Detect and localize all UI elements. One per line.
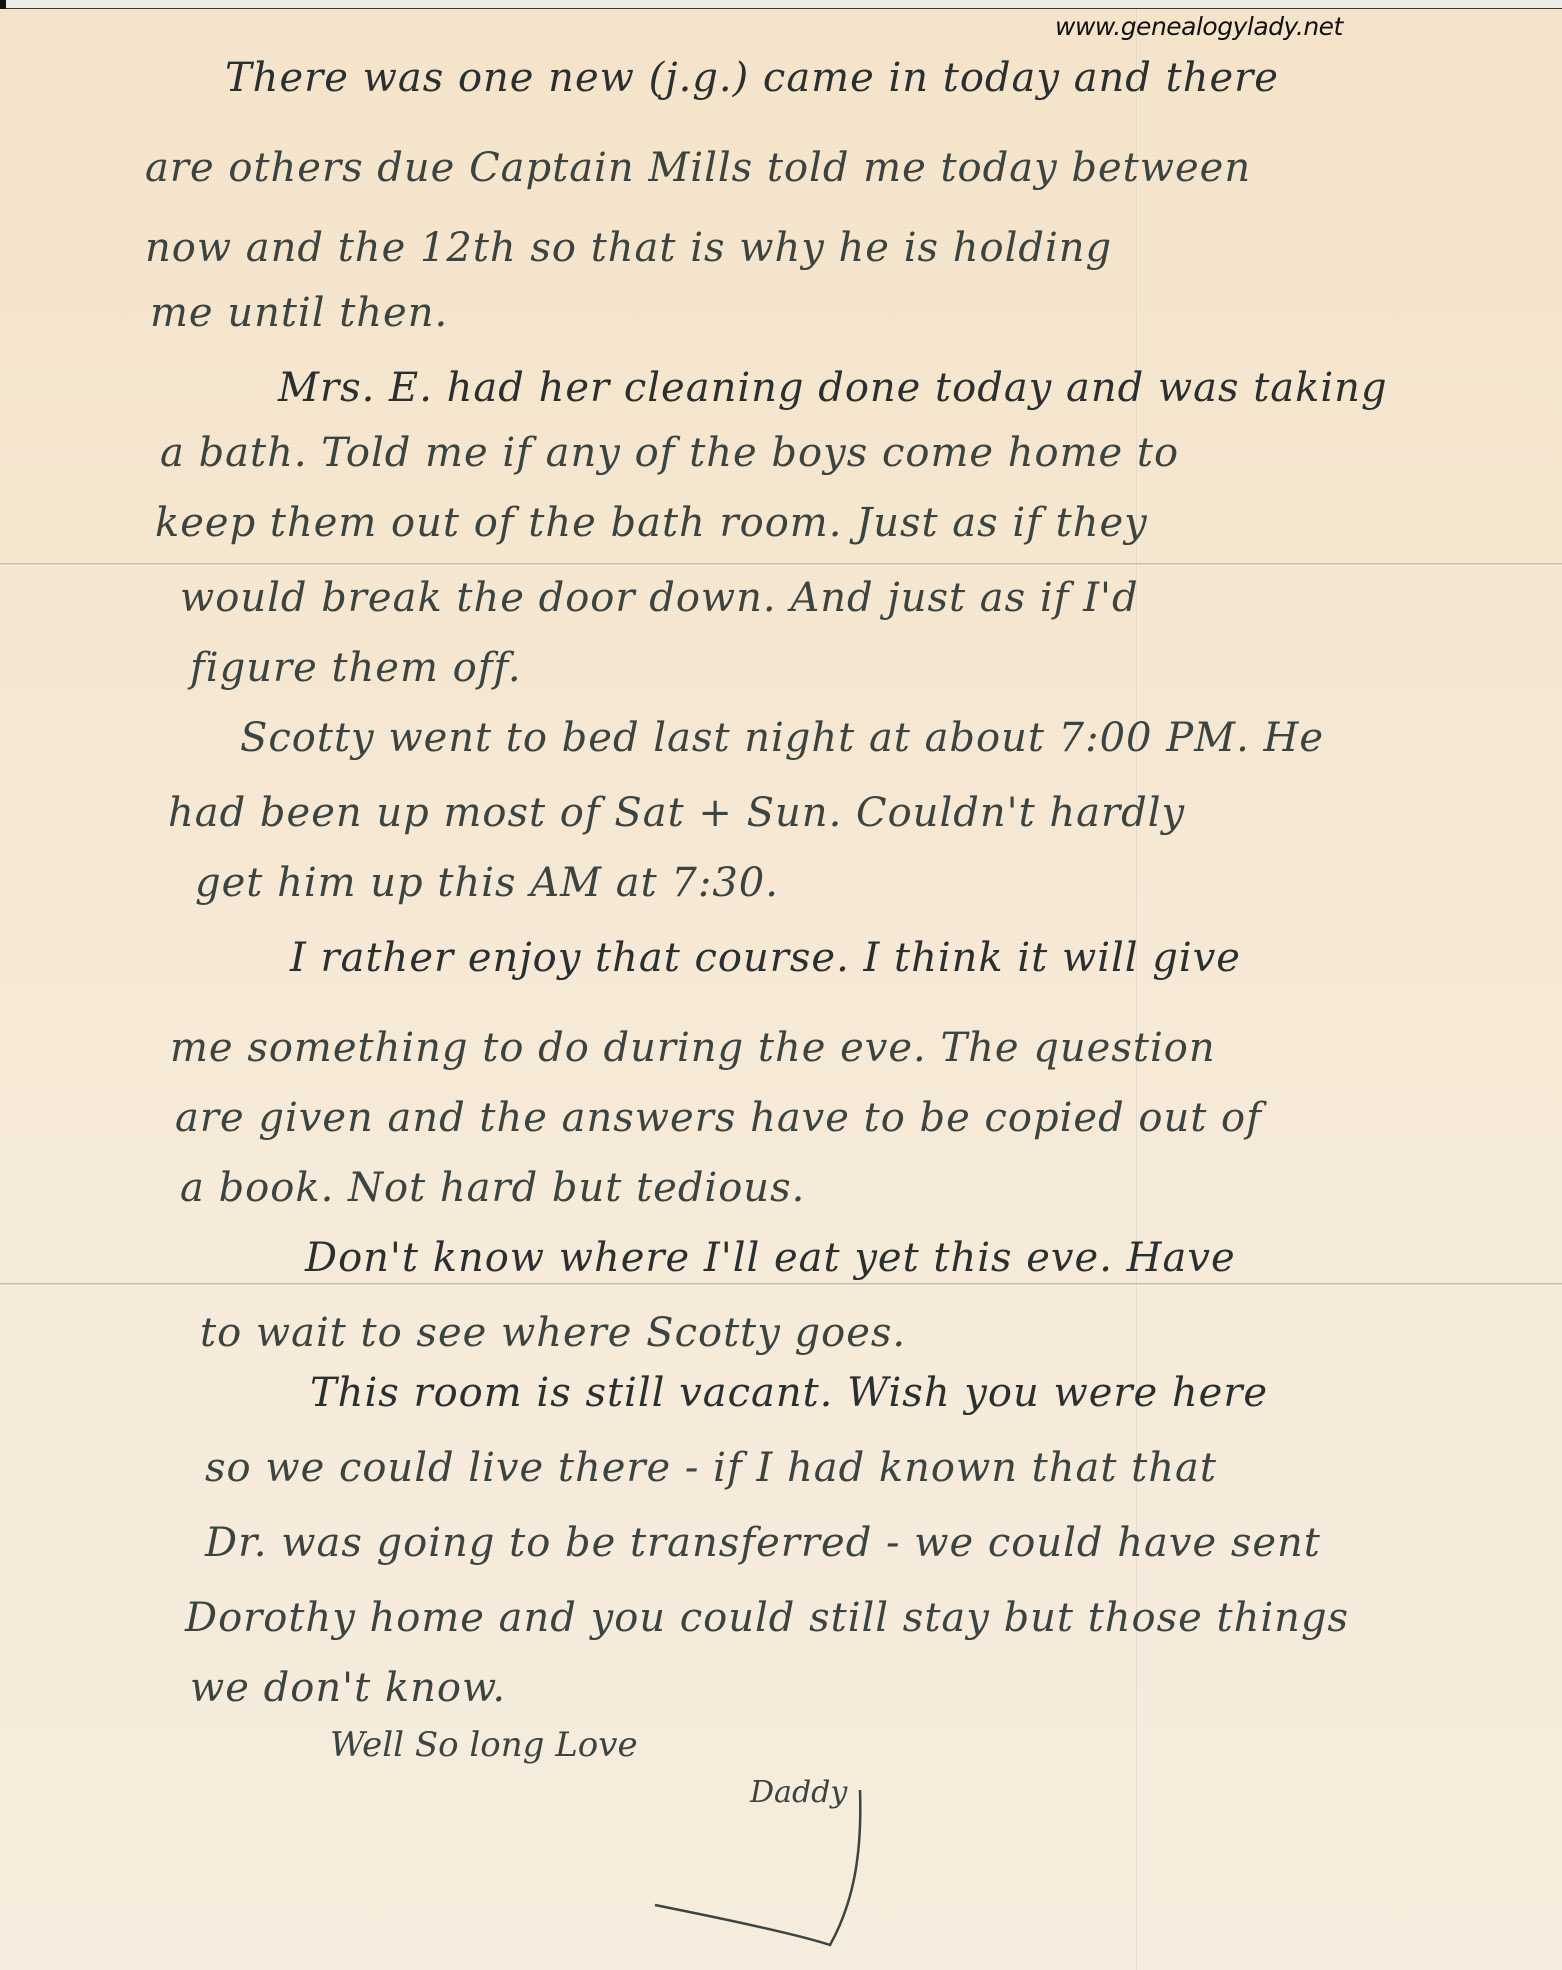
letter-line: had been up most of Sat + Sun. Couldn't …	[168, 790, 1185, 836]
letter-line: to wait to see where Scotty goes.	[200, 1310, 906, 1356]
letter-line: Scotty went to bed last night at about 7…	[240, 715, 1324, 761]
website-watermark: www.genealogylady.net	[1055, 12, 1343, 41]
letter-line: now and the 12th so that is why he is ho…	[145, 225, 1112, 271]
letter-line: so we could live there - if I had known …	[205, 1445, 1217, 1491]
letter-line: figure them off.	[190, 645, 522, 691]
letter-line: There was one new (j.g.) came in today a…	[225, 55, 1279, 101]
signature-flourish	[650, 1770, 870, 1950]
letter-line: This room is still vacant. Wish you were…	[310, 1370, 1268, 1416]
letter-line: I rather enjoy that course. I think it w…	[290, 935, 1241, 981]
letter-line: Mrs. E. had her cleaning done today and …	[278, 365, 1388, 411]
vertical-fold-line	[1136, 9, 1138, 1970]
letter-line: Dorothy home and you could still stay bu…	[185, 1595, 1349, 1641]
letter-line: are given and the answers have to be cop…	[175, 1095, 1262, 1141]
horizontal-fold-line	[0, 563, 1562, 566]
letter-line: would break the door down. And just as i…	[180, 575, 1139, 621]
letter-line: me until then.	[150, 290, 448, 336]
letter-line: a bath. Told me if any of the boys come …	[160, 430, 1179, 476]
letter-line: get him up this AM at 7:30.	[195, 860, 779, 906]
letter-line: are others due Captain Mills told me tod…	[145, 145, 1251, 191]
letter-line: Don't know where I'll eat yet this eve. …	[305, 1235, 1236, 1281]
letter-line: Dr. was going to be transferred - we cou…	[205, 1520, 1321, 1566]
letter-closing: Well So long Love	[330, 1725, 638, 1765]
letter-line: we don't know.	[190, 1665, 506, 1711]
letter-line: keep them out of the bath room. Just as …	[155, 500, 1148, 546]
letter-line: a book. Not hard but tedious.	[180, 1165, 805, 1211]
horizontal-fold-line	[0, 1283, 1562, 1286]
letter-line: me something to do during the eve. The q…	[170, 1025, 1216, 1071]
